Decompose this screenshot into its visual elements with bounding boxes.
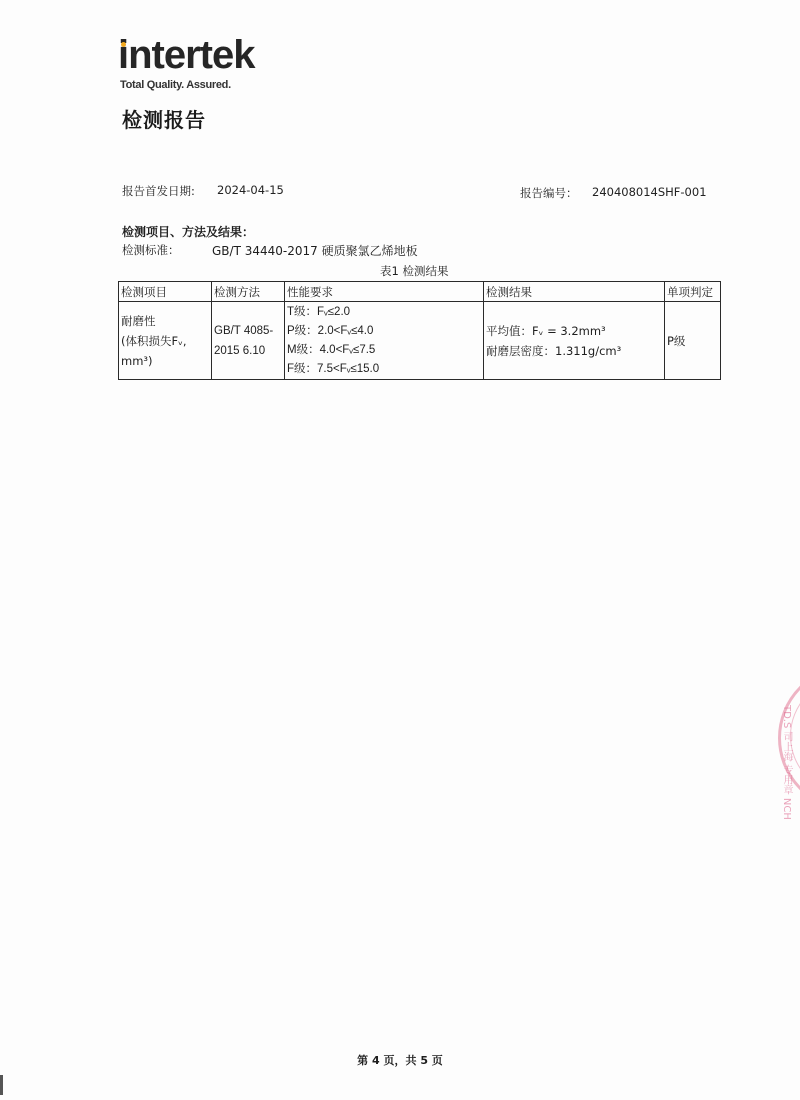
- cell-results: 平均值：Fᵥ = 3.2mm³ 耐磨层密度：1.311g/cm³: [484, 302, 665, 380]
- table-row: 耐磨性 (体积损失Fᵥ, mm³) GB/T 4085- 2015 6.10 T…: [119, 302, 721, 380]
- section-heading: 检测项目、方法及结果：: [122, 223, 254, 240]
- official-seal-text: TD.S 司上海 专用章 NCH: [779, 705, 794, 820]
- cell-item: 耐磨性 (体积损失Fᵥ, mm³): [119, 302, 212, 380]
- item-line: mm³): [121, 351, 209, 371]
- cell-verdict: P级: [665, 302, 721, 380]
- standard-label: 检测标准：: [122, 242, 180, 258]
- header-method: 检测方法: [212, 282, 285, 302]
- issue-date: 2024-04-15: [217, 183, 284, 197]
- cell-requirements: T级：Fᵥ≤2.0 P级：2.0<Fᵥ≤4.0 M级：4.0<Fᵥ≤7.5 F级…: [285, 302, 484, 380]
- requirement-line: T级：Fᵥ≤2.0: [287, 303, 481, 322]
- logo-tagline: Total Quality. Assured.: [120, 79, 231, 91]
- method-line: GB/T 4085-: [214, 321, 282, 341]
- header-requirement: 性能要求: [285, 282, 484, 302]
- item-line: (体积损失Fᵥ,: [121, 331, 209, 351]
- result-line: 耐磨层密度：1.311g/cm³: [486, 341, 662, 361]
- requirement-line: M级：4.0<Fᵥ≤7.5: [287, 341, 481, 360]
- method-line: 2015 6.10: [214, 341, 282, 361]
- standard-value: GB/T 34440-2017 硬质聚氯乙烯地板: [212, 242, 418, 259]
- document-title: 检测报告: [122, 104, 206, 133]
- header-verdict: 单项判定: [665, 282, 721, 302]
- header-item: 检测项目: [119, 282, 212, 302]
- report-number-label: 报告编号：: [520, 185, 578, 201]
- cell-method: GB/T 4085- 2015 6.10: [212, 302, 285, 380]
- issue-date-label: 报告首发日期:: [122, 183, 195, 199]
- header-result: 检测结果: [484, 282, 665, 302]
- page-number: 第 4 页，共 5 页: [0, 1052, 800, 1068]
- results-table: 检测项目 检测方法 性能要求 检测结果 单项判定 耐磨性 (体积损失Fᵥ, mm…: [118, 281, 721, 380]
- requirement-line: F级：7.5<Fᵥ≤15.0: [287, 360, 481, 379]
- logo-dot-icon: [121, 42, 126, 47]
- item-line: 耐磨性: [121, 311, 209, 331]
- table-header-row: 检测项目 检测方法 性能要求 检测结果 单项判定: [119, 282, 721, 302]
- report-number: 240408014SHF-001: [592, 185, 707, 199]
- intertek-logo: intertek: [118, 30, 255, 80]
- table-caption: 表1 检测结果: [380, 263, 448, 279]
- requirement-line: P级：2.0<Fᵥ≤4.0: [287, 322, 481, 341]
- result-line: 平均值：Fᵥ = 3.2mm³: [486, 321, 662, 341]
- scan-edge-mark: [0, 1075, 3, 1095]
